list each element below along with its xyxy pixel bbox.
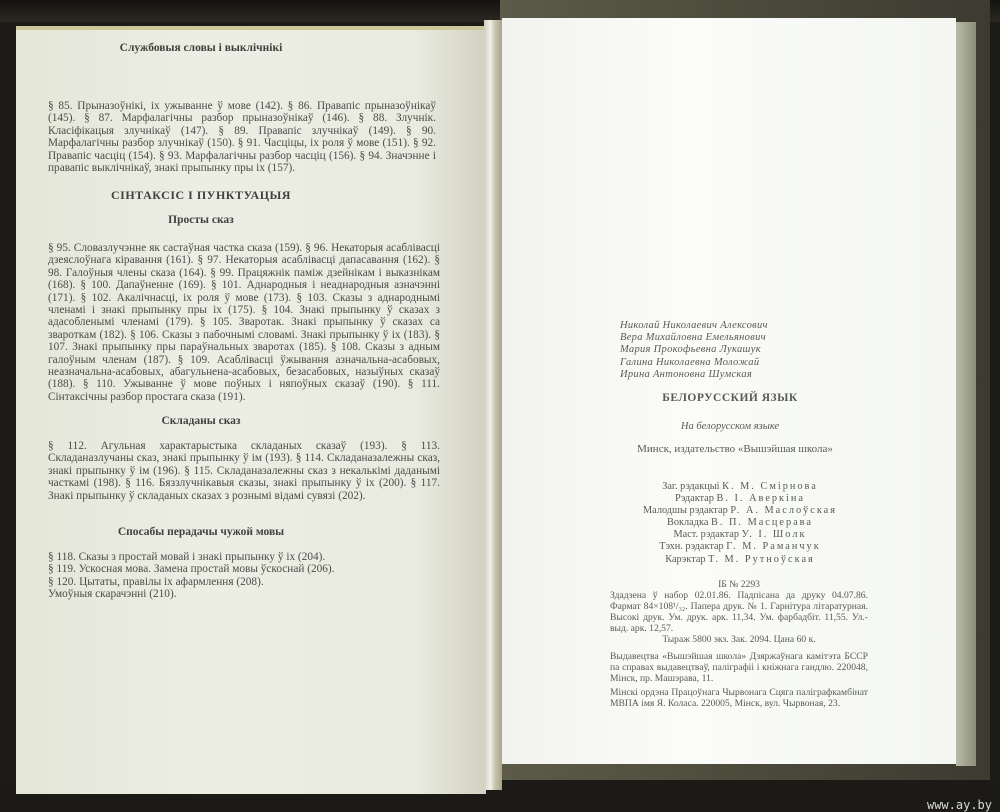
editorial-staff: Заг. рэдакцыі К. М. Смірнова Рэдактар В.… — [610, 481, 870, 566]
language-note: На белорусском языке — [600, 421, 860, 432]
staff-role: Карэктар — [665, 554, 705, 565]
staff-name: К. М. Смірнова — [722, 481, 818, 492]
section-body-reported-speech: § 118. Сказы з простай мовай і знакі пры… — [48, 551, 438, 601]
staff-name: Т. М. Рутноўская — [708, 554, 815, 565]
part-title-syntax: СІНТАКСІС І ПУНКТУАЦЫЯ — [16, 188, 386, 203]
publisher-line: Минск, издательство «Вышэйшая школа» — [600, 443, 870, 455]
author-name: Галина Николаевна Моложай — [620, 357, 860, 369]
staff-row: Вокладка В. П. Масцерава — [610, 517, 870, 529]
staff-row: Маст. рэдактар У. І. Шолк — [610, 529, 870, 541]
imprint-details: Здадзена ў набор 02.01.86. Падпісана да … — [610, 590, 868, 634]
imprint-number: ІБ № 2293 — [610, 579, 868, 590]
book-gutter — [484, 20, 502, 790]
watermark: www.ay.by — [927, 798, 992, 812]
staff-row: Карэктар Т. М. Рутноўская — [610, 554, 870, 566]
book-title: БЕЛОРУССКИЙ ЯЗЫК — [600, 392, 860, 404]
staff-row: Заг. рэдакцыі К. М. Смірнова — [610, 481, 870, 493]
staff-name: Г. М. Раманчук — [726, 541, 820, 552]
section-body-service-words: § 85. Прыназоўнікі, іх ужыванне ў мове (… — [48, 100, 436, 174]
publisher-info: Выдавецтва «Вышэйшая школа» Дзяржаўнага … — [610, 651, 868, 684]
section-body-simple-sentence: § 95. Словазлучэнне як састаўная частка … — [48, 242, 440, 403]
staff-row: Рэдактар В. І. Аверкіна — [610, 493, 870, 505]
right-page-edge — [956, 22, 976, 766]
staff-role: Рэдактар — [675, 493, 714, 504]
staff-row: Малодшы рэдактар Р. А. Маслоўская — [610, 505, 870, 517]
staff-role: Тэхн. рэдактар — [659, 541, 723, 552]
staff-name: В. І. Аверкіна — [716, 493, 805, 504]
toc-line: Умоўныя скарачэнні (210). — [48, 588, 438, 600]
staff-role: Малодшы рэдактар — [643, 505, 728, 516]
staff-name: Р. А. Маслоўская — [730, 505, 837, 516]
author-name: Вера Михайловна Емельянович — [620, 332, 860, 344]
section-heading-simple-sentence: Просты сказ — [16, 214, 386, 226]
staff-role: Вокладка — [667, 517, 708, 528]
section-heading-complex-sentence: Складаны сказ — [16, 415, 386, 427]
staff-row: Тэхн. рэдактар Г. М. Раманчук — [610, 541, 870, 553]
print-run: Тыраж 5800 экз. Зак. 2094. Цана 60 к. — [610, 634, 868, 645]
staff-role: Маст. рэдактар — [674, 529, 739, 540]
toc-line: § 120. Цытаты, правілы іх афармлення (20… — [48, 576, 438, 588]
author-name: Мария Прокофьевна Лукашук — [620, 344, 860, 356]
author-name: Николай Николаевич Алексович — [620, 320, 860, 332]
author-list: Николай Николаевич Алексович Вера Михайл… — [620, 320, 860, 381]
staff-name: У. І. Шолк — [742, 529, 807, 540]
staff-role: Заг. рэдакцыі — [662, 481, 719, 492]
toc-line: § 118. Сказы з простай мовай і знакі пры… — [48, 551, 438, 563]
printer-info: Мінскі ордэна Працоўнага Чырвонага Сцяга… — [610, 687, 868, 709]
staff-name: В. П. Масцерава — [711, 517, 813, 528]
section-heading-reported-speech: Спосабы перадачы чужой мовы — [16, 526, 386, 538]
section-heading-service-words: Службовыя словы і выклічнікі — [16, 42, 386, 54]
toc-line: § 119. Ускосная мова. Замена простай мов… — [48, 563, 438, 575]
section-body-complex-sentence: § 112. Агульная характарыстыка складаных… — [48, 440, 440, 502]
author-name: Ирина Антоновна Шумская — [620, 369, 860, 381]
imprint-block: ІБ № 2293 Здадзена ў набор 02.01.86. Пад… — [610, 579, 868, 709]
left-page: Службовыя словы і выклічнікі § 85. Прына… — [16, 26, 486, 794]
